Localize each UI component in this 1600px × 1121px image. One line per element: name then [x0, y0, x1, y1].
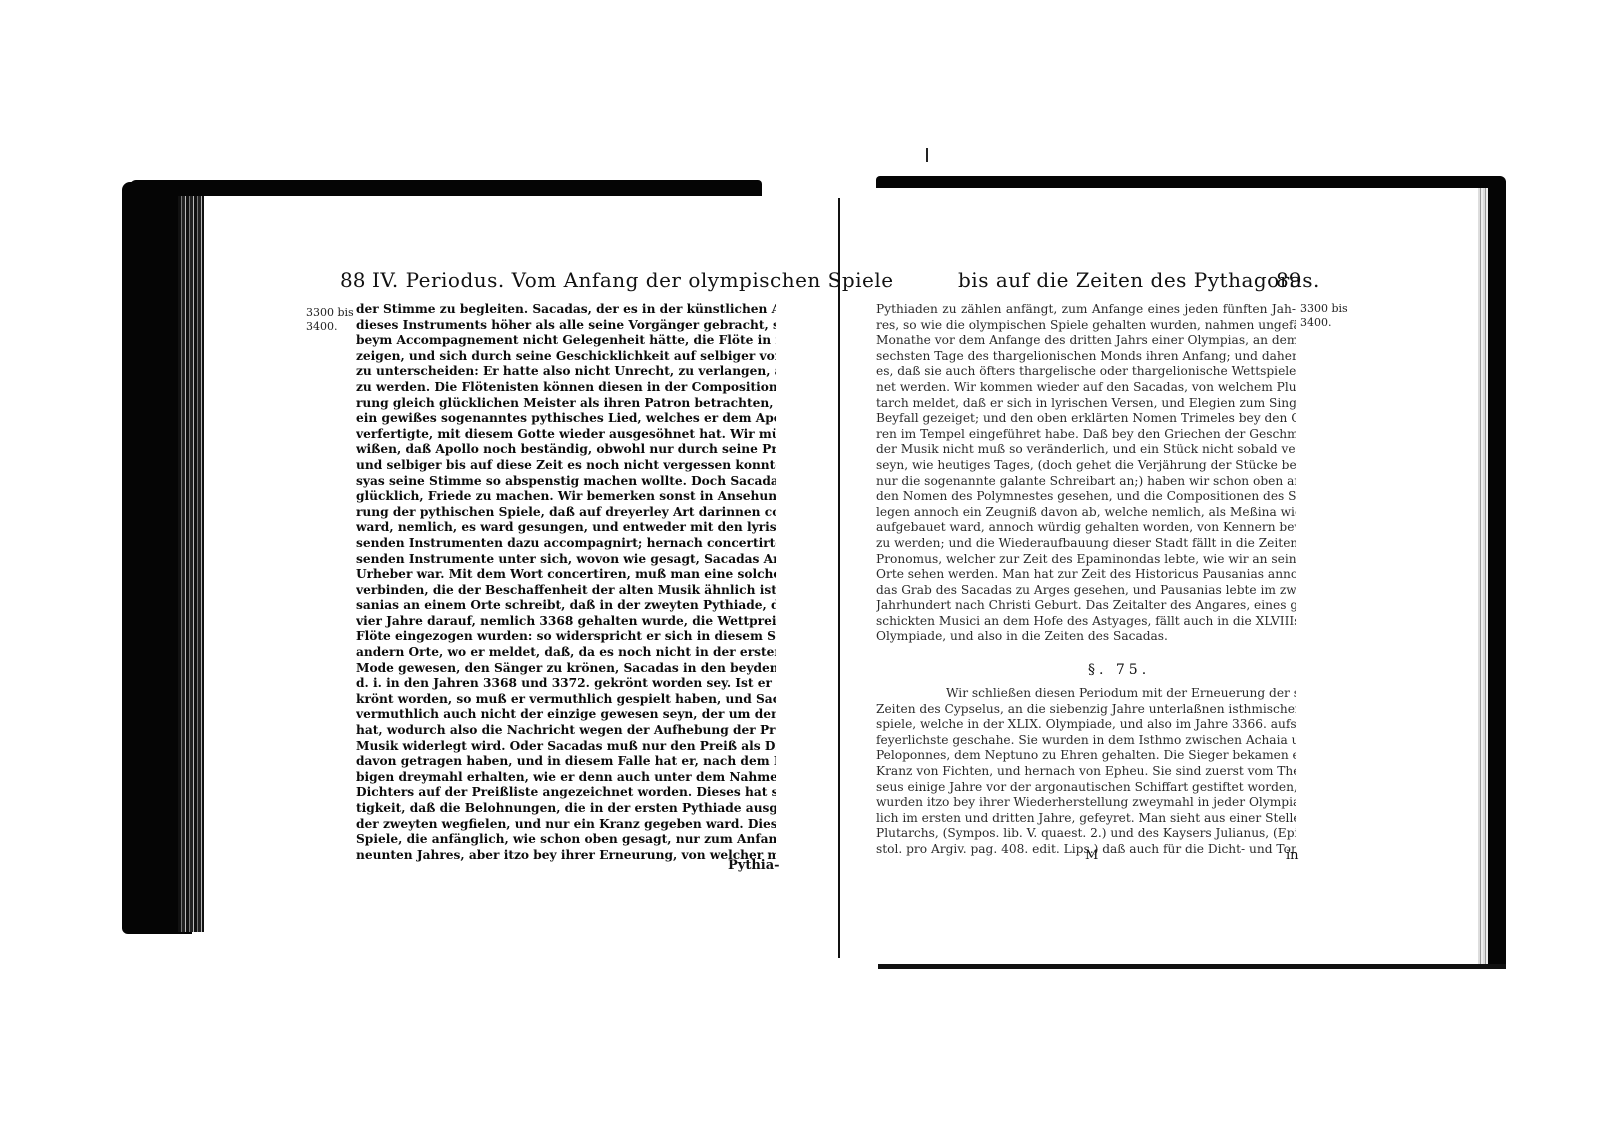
text-line: verbinden, die der Beschaffenheit der al…	[356, 583, 776, 599]
right-page-paragraph-1: Pythiaden zu zählen anfängt, zum Anfange…	[876, 302, 1296, 645]
text-line: ren im Tempel eingeführet habe. Daß bey …	[876, 427, 1296, 443]
text-line: beym Accompagnement nicht Gelegenheit hä…	[356, 333, 776, 349]
text-line: das Grab des Sacadas zu Arges gesehen, u…	[876, 583, 1296, 599]
book-binding-top-right	[876, 176, 1506, 188]
text-line: wurden itzo bey ihrer Wiederherstellung …	[876, 795, 1296, 811]
page-number-right: 89	[1276, 268, 1301, 292]
text-line: den Nomen des Polymnestes gesehen, und d…	[876, 489, 1296, 505]
book-binding-right	[1488, 176, 1506, 968]
text-line: senden Instrumenten dazu accompagnirt; h…	[356, 536, 776, 552]
text-line: schickten Musici an dem Hofe des Astyage…	[876, 614, 1296, 630]
text-line: zu werden. Die Flötenisten können diesen…	[356, 380, 776, 396]
page-number-left: 88	[340, 268, 365, 292]
text-line: Beyfall gezeiget; und den oben erklärten…	[876, 411, 1296, 427]
text-line: zeigen, und sich durch seine Geschicklic…	[356, 349, 776, 365]
page-stack-right	[1478, 188, 1488, 966]
text-line: d. i. in den Jahren 3368 und 3372. gekrö…	[356, 676, 776, 692]
text-line: Olympiade, und also in die Zeiten des Sa…	[876, 629, 1296, 645]
text-line: senden Instrumente unter sich, wovon wie…	[356, 552, 776, 568]
text-line: Zeiten des Cypselus, an die siebenzig Ja…	[876, 702, 1296, 718]
scan-mark	[926, 148, 928, 162]
text-line: der Stimme zu begleiten. Sacadas, der es…	[356, 302, 776, 318]
text-line: bigen dreymahl erhalten, wie er denn auc…	[356, 770, 776, 786]
margin-note-year-right: 3300 bis 3400.	[1300, 302, 1348, 330]
text-line: und selbiger bis auf diese Zeit es noch …	[356, 458, 776, 474]
text-line: lich im ersten und dritten Jahre, gefeyr…	[876, 811, 1296, 827]
text-line: hat, wodurch also die Nachricht wegen de…	[356, 723, 776, 739]
text-line: wißen, daß Apollo noch beständig, obwohl…	[356, 442, 776, 458]
text-line: Pronomus, welcher zur Zeit des Epaminond…	[876, 552, 1296, 568]
text-line: Orte sehen werden. Man hat zur Zeit des …	[876, 567, 1296, 583]
text-line: zu werden; und die Wiederaufbauung diese…	[876, 536, 1296, 552]
text-line: sanias an einem Orte schreibt, daß in de…	[356, 598, 776, 614]
text-line: tigkeit, daß die Belohnungen, die in der…	[356, 801, 776, 817]
text-line: spiele, welche in der XLIX. Olympiade, u…	[876, 717, 1296, 733]
text-line: legen annoch ein Zeugniß davon ab, welch…	[876, 505, 1296, 521]
text-line: neunten Jahres, aber itzo bey ihrer Erne…	[356, 848, 776, 864]
text-line: Flöte eingezogen wurden: so widerspricht…	[356, 629, 776, 645]
text-line: Plutarchs, (Sympos. lib. V. quaest. 2.) …	[876, 826, 1296, 842]
text-line: andern Orte, wo er meldet, daß, da es no…	[356, 645, 776, 661]
text-line: seus einige Jahre vor der argonautischen…	[876, 780, 1296, 796]
text-line: ward, nemlich, es ward gesungen, und ent…	[356, 520, 776, 536]
text-line: sechsten Tage des thargelionischen Monds…	[876, 349, 1296, 365]
text-line: Urheber war. Mit dem Wort concertiren, m…	[356, 567, 776, 583]
running-head-left: IV. Periodus. Vom Anfang der olympischen…	[372, 268, 894, 292]
margin-note-year-left: 3300 bis 3400.	[306, 306, 354, 334]
text-line: syas seine Stimme so abspenstig machen w…	[356, 474, 776, 490]
text-line: Mode gewesen, den Sänger zu krönen, Saca…	[356, 661, 776, 677]
book-binding-top-left	[130, 180, 762, 196]
text-line: aufgebauet ward, annoch würdig gehalten …	[876, 520, 1296, 536]
catchword-left: Pythia-	[728, 858, 780, 873]
text-line: davon getragen haben, und in diesem Fall…	[356, 754, 776, 770]
text-line: Dichters auf der Preißliste angezeichnet…	[356, 785, 776, 801]
text-line: rung gleich glücklichen Meister als ihre…	[356, 396, 776, 412]
text-line: zu unterscheiden: Er hatte also nicht Un…	[356, 364, 776, 380]
page-stack-left	[178, 196, 204, 932]
text-line: Pythiaden zu zählen anfängt, zum Anfange…	[876, 302, 1296, 318]
text-line: vier Jahre darauf, nemlich 3368 gehalten…	[356, 614, 776, 630]
left-page-body: der Stimme zu begleiten. Sacadas, der es…	[356, 302, 776, 863]
text-line: feyerlichste geschahe. Sie wurden in dem…	[876, 733, 1296, 749]
text-line: verfertigte, mit diesem Gotte wieder aus…	[356, 427, 776, 443]
text-line: ein gewißes sogenanntes pythisches Lied,…	[356, 411, 776, 427]
text-line: der zweyten wegfielen, und nur ein Kranz…	[356, 817, 776, 833]
right-page-paragraph-2: Wir schließen diesen Periodum mit der Er…	[876, 686, 1296, 858]
text-line: dieses Instruments höher als alle seine …	[356, 318, 776, 334]
text-line: vermuthlich auch nicht der einzige gewes…	[356, 707, 776, 723]
book-bottom-edge	[878, 964, 1506, 969]
text-line: es, daß sie auch öfters thargelische ode…	[876, 364, 1296, 380]
text-line: tarch meldet, daß er sich in lyrischen V…	[876, 396, 1296, 412]
text-line: Jahrhundert nach Christi Geburt. Das Zei…	[876, 598, 1296, 614]
text-line: Peloponnes, dem Neptuno zu Ehren gehalte…	[876, 748, 1296, 764]
gutter-line	[838, 198, 840, 958]
text-line: glücklich, Friede zu machen. Wir bemerke…	[356, 489, 776, 505]
text-line: seyn, wie heutiges Tages, (doch gehet di…	[876, 458, 1296, 474]
section-heading: §. 75.	[1088, 662, 1150, 678]
text-line: res, so wie die olympischen Spiele gehal…	[876, 318, 1296, 334]
text-line: Musik widerlegt wird. Oder Sacadas muß n…	[356, 739, 776, 755]
text-line: der Musik nicht muß so veränderlich, und…	[876, 442, 1296, 458]
text-line: nur die sogenannte galante Schreibart an…	[876, 474, 1296, 490]
catchword-right: in	[1286, 848, 1299, 863]
running-head-right: bis auf die Zeiten des Pythagoras.	[958, 268, 1320, 292]
text-line: Kranz von Fichten, und hernach von Epheu…	[876, 764, 1296, 780]
text-line: krönt worden, so muß er vermuthlich gesp…	[356, 692, 776, 708]
text-line: Monathe vor dem Anfange des dritten Jahr…	[876, 333, 1296, 349]
signature-mark: M	[1085, 848, 1098, 863]
text-line: net werden. Wir kommen wieder auf den Sa…	[876, 380, 1296, 396]
text-line: Wir schließen diesen Periodum mit der Er…	[876, 686, 1296, 702]
text-line: rung der pythischen Spiele, daß auf drey…	[356, 505, 776, 521]
text-line: Spiele, die anfänglich, wie schon oben g…	[356, 832, 776, 848]
